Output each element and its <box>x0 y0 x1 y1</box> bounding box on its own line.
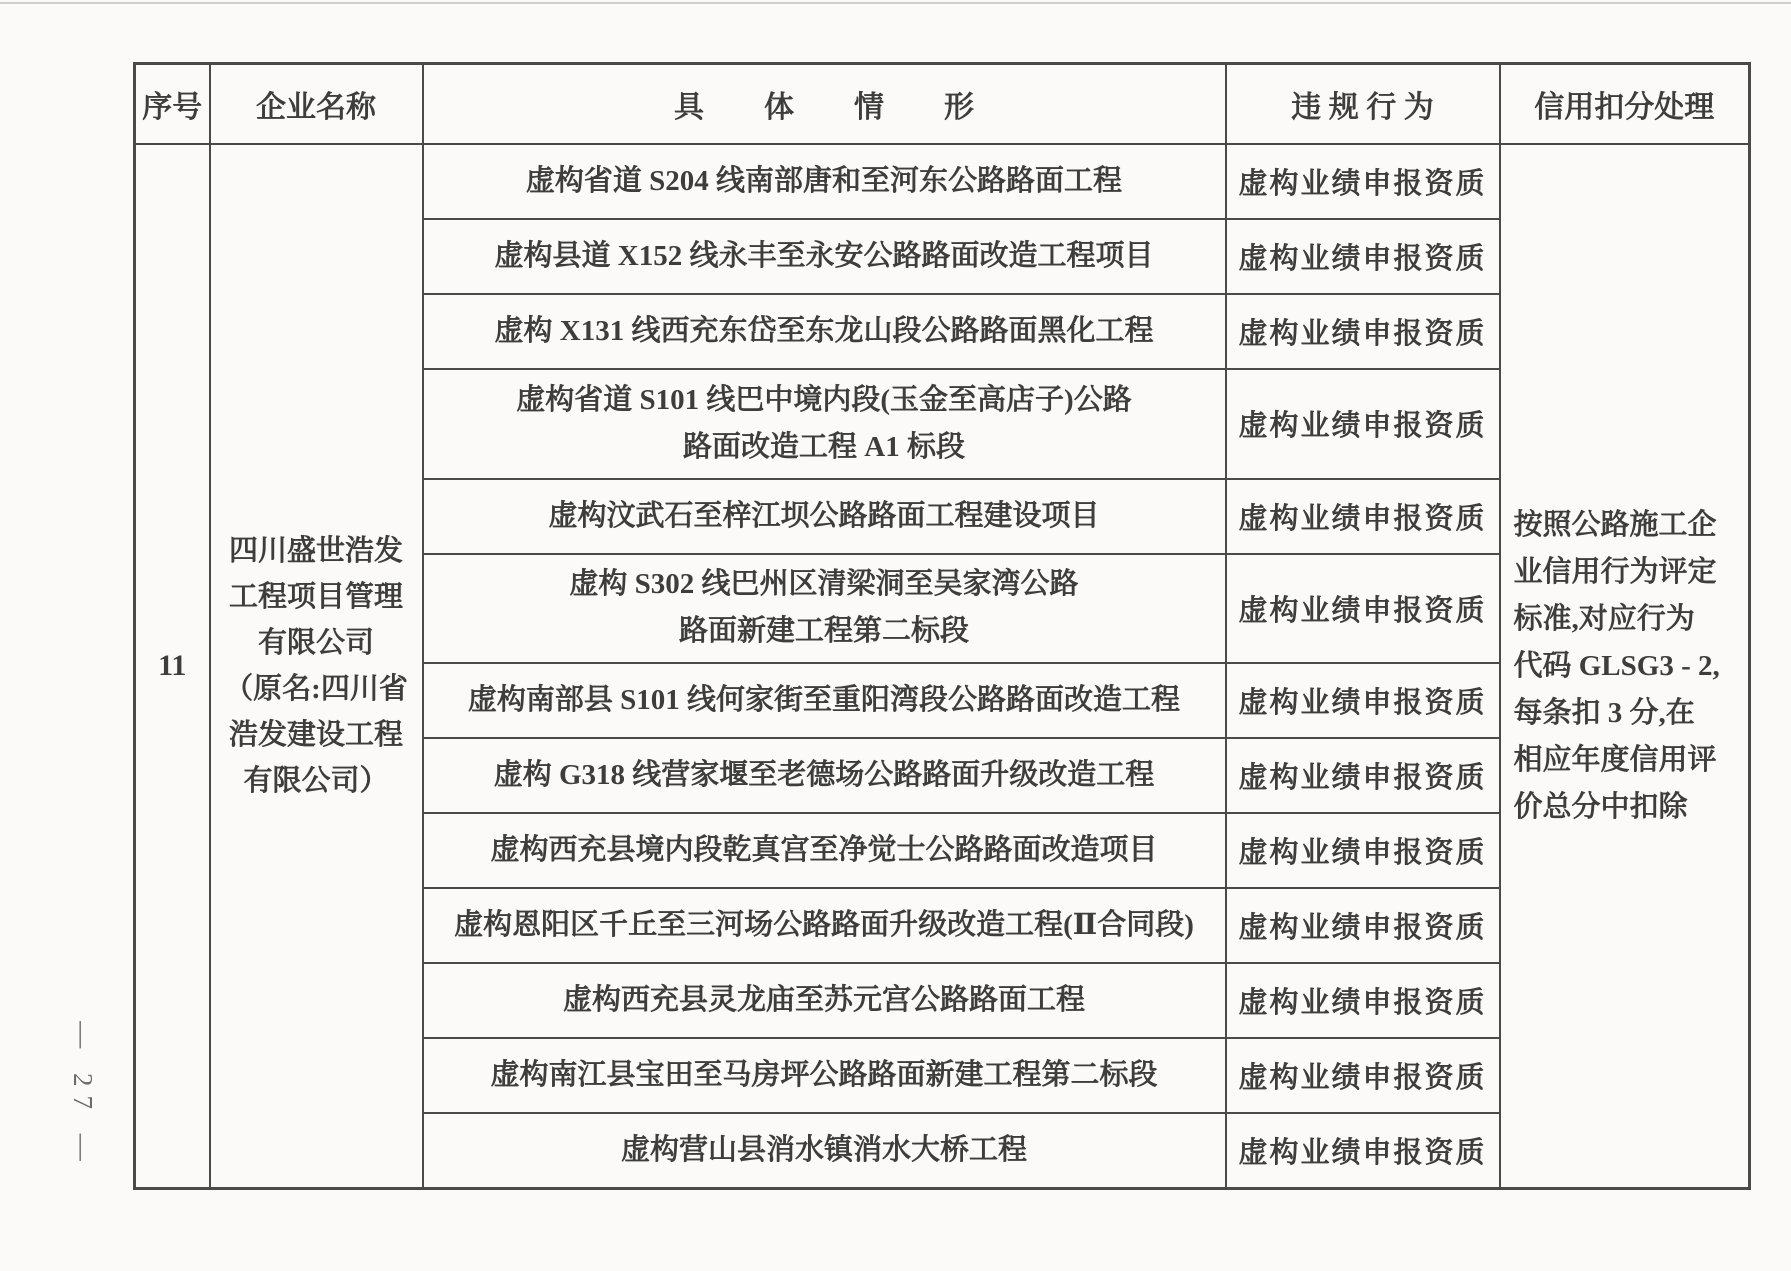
credit-deduction-cell: 按照公路施工企 业信用行为评定 标准,对应行为 代码 GLSG3 - 2, 每条… <box>1500 144 1750 1189</box>
violation-cell: 虚构业绩申报资质 <box>1226 1038 1500 1113</box>
margin-page-number: — 27 — <box>26 1000 138 1190</box>
situation-cell: 虚构县道 X152 线永丰至永安公路路面改造工程项目 <box>423 219 1226 294</box>
situation-cell: 虚构恩阳区千丘至三河场公路路面升级改造工程(Ⅱ合同段) <box>423 888 1226 963</box>
violation-cell: 虚构业绩申报资质 <box>1226 219 1500 294</box>
header-violation: 违 规 行 为 <box>1226 64 1500 145</box>
violation-cell: 虚构业绩申报资质 <box>1226 554 1500 664</box>
header-situation: 具 体 情 形 <box>423 64 1226 145</box>
situation-cell: 虚构西充县境内段乾真宫至净觉士公路路面改造项目 <box>423 813 1226 888</box>
situation-cell: 虚构西充县灵龙庙至苏元宫公路路面工程 <box>423 963 1226 1038</box>
situation-cell: 虚构省道 S101 线巴中境内段(玉金至高店子)公路 路面改造工程 A1 标段 <box>423 369 1226 479</box>
situation-cell: 虚构 S302 线巴州区清梁洞至吴家湾公路 路面新建工程第二标段 <box>423 554 1226 664</box>
seq-cell: 11 <box>135 144 210 1189</box>
violation-cell: 虚构业绩申报资质 <box>1226 369 1500 479</box>
violation-table: 序号 企业名称 具 体 情 形 违 规 行 为 信用扣分处理 11 四川盛世浩发… <box>133 62 1751 1190</box>
situation-cell: 虚构 G318 线营家堰至老德场公路路面升级改造工程 <box>423 738 1226 813</box>
violation-cell: 虚构业绩申报资质 <box>1226 738 1500 813</box>
situation-cell: 虚构 X131 线西充东岱至东龙山段公路路面黑化工程 <box>423 294 1226 369</box>
situation-cell: 虚构南江县宝田至马房坪公路路面新建工程第二标段 <box>423 1038 1226 1113</box>
violation-cell: 虚构业绩申报资质 <box>1226 813 1500 888</box>
document-page: — 27 — 序号 企业名称 具 体 情 形 违 规 行 为 信用扣分处理 11… <box>0 0 1791 1271</box>
violation-cell: 虚构业绩申报资质 <box>1226 663 1500 738</box>
header-company: 企业名称 <box>210 64 423 145</box>
violation-cell: 虚构业绩申报资质 <box>1226 144 1500 219</box>
violation-cell: 虚构业绩申报资质 <box>1226 888 1500 963</box>
situation-cell: 虚构省道 S204 线南部唐和至河东公路路面工程 <box>423 144 1226 219</box>
scan-edge-line <box>0 2 1791 4</box>
page-number-text: — 27 — <box>67 1021 98 1170</box>
header-credit: 信用扣分处理 <box>1500 64 1750 145</box>
header-row: 序号 企业名称 具 体 情 形 违 规 行 为 信用扣分处理 <box>135 64 1750 145</box>
situation-cell: 虚构汶武石至梓江坝公路路面工程建设项目 <box>423 479 1226 554</box>
situation-cell: 虚构南部县 S101 线何家街至重阳湾段公路路面改造工程 <box>423 663 1226 738</box>
violation-cell: 虚构业绩申报资质 <box>1226 963 1500 1038</box>
company-name-cell: 四川盛世浩发 工程项目管理 有限公司 （原名:四川省 浩发建设工程 有限公司） <box>210 144 423 1189</box>
header-seq: 序号 <box>135 64 210 145</box>
violation-cell: 虚构业绩申报资质 <box>1226 479 1500 554</box>
violation-cell: 虚构业绩申报资质 <box>1226 294 1500 369</box>
situation-cell: 虚构营山县消水镇消水大桥工程 <box>423 1113 1226 1188</box>
violation-cell: 虚构业绩申报资质 <box>1226 1113 1500 1188</box>
situation-row: 11 四川盛世浩发 工程项目管理 有限公司 （原名:四川省 浩发建设工程 有限公… <box>135 144 1750 219</box>
